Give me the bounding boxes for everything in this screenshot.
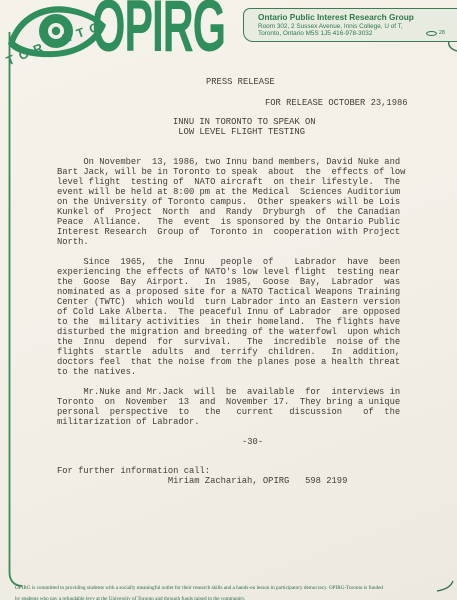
end-mark-30: -30- bbox=[242, 437, 263, 447]
footer-line-2-clipped: by students who pay a refundable levy at… bbox=[15, 596, 245, 600]
kicker-press-release: PRESS RELEASE bbox=[206, 77, 275, 87]
letterhead-address-box: Ontario Public Interest Research Group R… bbox=[243, 8, 457, 42]
org-name: Ontario Public Interest Research Group bbox=[258, 13, 449, 23]
document-title: INNU IN TORONTO TO SPEAK ON LOW LEVEL FL… bbox=[173, 117, 316, 137]
paragraph-2: Since 1965, the Innu people of Labrador … bbox=[57, 257, 400, 377]
union-label-number: 28 bbox=[439, 30, 445, 36]
paragraph-3: Mr.Nuke and Mr.Jack will be available fo… bbox=[57, 387, 400, 427]
union-bug-icon bbox=[426, 31, 437, 36]
contact-info: For further information call: Miriam Zac… bbox=[57, 466, 347, 486]
address-line-1: Room 302, 2 Sussex Avenue, Innis College… bbox=[258, 23, 449, 30]
press-release-page: TORONTO OPIRG Ontario Public Interest Re… bbox=[0, 0, 457, 600]
paragraph-1: On November 13, 1986, two Innu band memb… bbox=[57, 157, 405, 247]
union-label: 28 bbox=[426, 30, 445, 36]
release-date-line: FOR RELEASE OCTOBER 23,1986 bbox=[265, 98, 408, 108]
footer-mission-line: OPIRG is committed to providing students… bbox=[15, 585, 383, 591]
address-line-2: Toronto, Ontario M5S 1J5 416-978-3032 bbox=[258, 30, 449, 37]
opirg-wordmark: OPIRG bbox=[92, 0, 225, 63]
